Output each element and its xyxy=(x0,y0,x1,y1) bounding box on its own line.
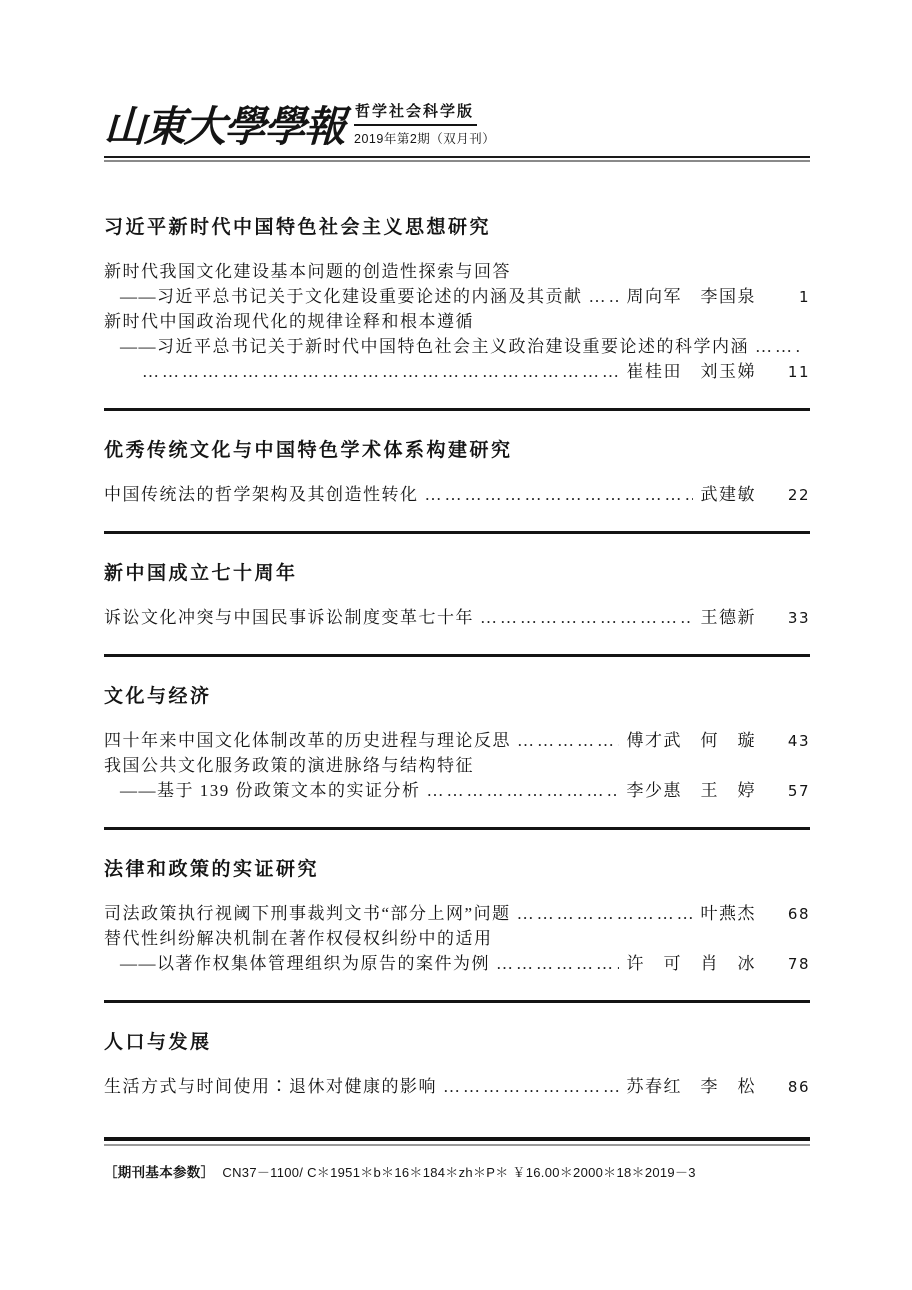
toc-line: 替代性纠纷解决机制在著作权侵权纠纷中的适用 xyxy=(104,926,810,951)
toc-leader-dots: …………………………………………………………………………………………………………… xyxy=(517,901,693,926)
toc-section: 优秀传统文化与中国特色学术体系构建研究中国传统法的哲学架构及其创造性转化…………… xyxy=(104,408,810,531)
toc-leader-dots: …………………………………………………………………………………………………………… xyxy=(589,284,619,309)
toc-section: 文化与经济四十年来中国文化体制改革的历史进程与理论反思…………………………………… xyxy=(104,654,810,827)
toc-entry-page: 33 xyxy=(784,606,810,631)
toc-entry-authors: 傅才武 何 璇 xyxy=(627,728,757,753)
section-heading: 习近平新时代中国特色社会主义思想研究 xyxy=(104,212,810,239)
journal-params: ［期刊基本参数］CN37－1100/ C＊1951＊b＊16＊184＊zh＊P＊… xyxy=(104,1161,810,1181)
toc-entry-page: 86 xyxy=(784,1075,810,1100)
toc-section: 新中国成立七十周年诉讼文化冲突与中国民事诉讼制度变革七十年……………………………… xyxy=(104,531,810,654)
toc-entry-title: 新时代我国文化建设基本问题的创造性探索与回答 xyxy=(104,259,511,284)
journal-toc-page: 山東大學學報 哲学社会科学版 2019年第2期（双月刊） 习近平新时代中国特色社… xyxy=(0,0,912,1290)
journal-footer: ［期刊基本参数］CN37－1100/ C＊1951＊b＊16＊184＊zh＊P＊… xyxy=(104,1137,810,1181)
toc-line: 诉讼文化冲突与中国民事诉讼制度变革七十年……………………………………………………… xyxy=(104,605,810,630)
section-heading: 优秀传统文化与中国特色学术体系构建研究 xyxy=(104,435,810,462)
issue-label: 2019年第2期（双月刊） xyxy=(354,129,495,147)
toc-entry-page: 57 xyxy=(784,779,810,804)
toc-entry-authors: 崔桂田 刘玉娣 xyxy=(627,359,757,384)
toc-entry-title: ——习近平总书记关于新时代中国特色社会主义政治建设重要论述的科学内涵 xyxy=(120,334,749,359)
footer-rule-thick xyxy=(104,1137,810,1141)
toc-entry-authors: 周向军 李国泉 xyxy=(627,284,757,309)
journal-header: 山東大學學報 哲学社会科学版 2019年第2期（双月刊） xyxy=(104,0,810,150)
toc-entry-title: ——基于 139 份政策文本的实证分析 xyxy=(120,778,421,803)
journal-header-sub: 哲学社会科学版 2019年第2期（双月刊） xyxy=(354,100,495,150)
page-content: 山東大學學報 哲学社会科学版 2019年第2期（双月刊） 习近平新时代中国特色社… xyxy=(0,0,912,1181)
toc-leader-dots: …………………………………………………………………………………………………………… xyxy=(142,359,619,384)
toc-entry-page: 11 xyxy=(784,360,810,385)
toc-leader-dots: …………………………………………………………………………………………………………… xyxy=(480,605,693,630)
toc-entry-page: 1 xyxy=(784,285,810,310)
toc-entry-authors: 许 可 肖 冰 xyxy=(627,951,757,976)
toc-entry-title: 我国公共文化服务政策的演进脉络与结构特征 xyxy=(104,753,474,778)
toc-leader-dots: …………………………………………………………………………………………………………… xyxy=(427,778,619,803)
toc-line: ——习近平总书记关于文化建设重要论述的内涵及其贡献………………………………………… xyxy=(104,284,810,309)
toc-sections: 习近平新时代中国特色社会主义思想研究新时代我国文化建设基本问题的创造性探索与回答… xyxy=(104,162,810,1123)
toc-entry-page: 68 xyxy=(784,902,810,927)
toc-entry-title: 诉讼文化冲突与中国民事诉讼制度变革七十年 xyxy=(104,605,474,630)
toc-leader-dots: …………………………………………………………………………………………………………… xyxy=(755,334,802,359)
toc-entry-title: 新时代中国政治现代化的规律诠释和根本遵循 xyxy=(104,309,474,334)
section-heading: 法律和政策的实证研究 xyxy=(104,854,810,881)
toc-line: 新时代中国政治现代化的规律诠释和根本遵循 xyxy=(104,309,810,334)
toc-line: 中国传统法的哲学架构及其创造性转化……………………………………………………………… xyxy=(104,482,810,507)
header-rule-top xyxy=(104,156,810,158)
journal-logo: 山東大學學報 xyxy=(103,104,345,150)
toc-leader-dots: …………………………………………………………………………………………………………… xyxy=(425,482,693,507)
toc-entry-page: 22 xyxy=(784,483,810,508)
section-heading: 人口与发展 xyxy=(104,1027,810,1054)
journal-params-text: CN37－1100/ C＊1951＊b＊16＊184＊zh＊P＊ ￥16.00＊… xyxy=(222,1165,695,1180)
toc-entry-title: 生活方式与时间使用∶退休对健康的影响 xyxy=(104,1074,437,1099)
toc-entry-authors: 武建敏 xyxy=(701,482,757,507)
toc-line: 四十年来中国文化体制改革的历史进程与理论反思………………………………………………… xyxy=(104,728,810,753)
toc-leader-dots: …………………………………………………………………………………………………………… xyxy=(496,951,619,976)
toc-leader-dots: …………………………………………………………………………………………………………… xyxy=(443,1074,619,1099)
toc-line: ——以著作权集体管理组织为原告的案件为例……………………………………………………… xyxy=(104,951,810,976)
toc-line: 新时代我国文化建设基本问题的创造性探索与回答 xyxy=(104,259,810,284)
footer-rule-thin xyxy=(104,1144,810,1146)
section-heading: 新中国成立七十周年 xyxy=(104,558,810,585)
toc-entry-authors: 王德新 xyxy=(701,605,757,630)
toc-line: 我国公共文化服务政策的演进脉络与结构特征 xyxy=(104,753,810,778)
journal-params-label: ［期刊基本参数］ xyxy=(104,1165,214,1180)
toc-line: ——习近平总书记关于新时代中国特色社会主义政治建设重要论述的科学内涵………………… xyxy=(104,334,810,359)
toc-line: 司法政策执行视阈下刑事裁判文书“部分上网”问题……………………………………………… xyxy=(104,901,810,926)
toc-line: 生活方式与时间使用∶退休对健康的影响…………………………………………………………… xyxy=(104,1074,810,1099)
section-heading: 文化与经济 xyxy=(104,681,810,708)
edition-label: 哲学社会科学版 xyxy=(354,100,477,126)
toc-entry-authors: 叶燕杰 xyxy=(701,901,757,926)
toc-entry-title: 四十年来中国文化体制改革的历史进程与理论反思 xyxy=(104,728,511,753)
toc-entry-authors: 苏春红 李 松 xyxy=(627,1074,757,1099)
toc-line: …………………………………………………………………………………………………………… xyxy=(104,359,810,384)
toc-section: 习近平新时代中国特色社会主义思想研究新时代我国文化建设基本问题的创造性探索与回答… xyxy=(104,162,810,408)
toc-entry-title: 司法政策执行视阈下刑事裁判文书“部分上网”问题 xyxy=(104,901,511,926)
toc-entry-page: 43 xyxy=(784,729,810,754)
toc-section: 法律和政策的实证研究司法政策执行视阈下刑事裁判文书“部分上网”问题…………………… xyxy=(104,827,810,1000)
toc-entry-page: 78 xyxy=(784,952,810,977)
toc-entry-title: ——以著作权集体管理组织为原告的案件为例 xyxy=(120,951,490,976)
toc-line: ——基于 139 份政策文本的实证分析………………………………………………………… xyxy=(104,778,810,803)
toc-entry-authors: 李少惠 王 婷 xyxy=(627,778,757,803)
toc-leader-dots: …………………………………………………………………………………………………………… xyxy=(517,728,619,753)
toc-entry-title: 中国传统法的哲学架构及其创造性转化 xyxy=(104,482,419,507)
toc-section: 人口与发展生活方式与时间使用∶退休对健康的影响……………………………………………… xyxy=(104,1000,810,1123)
toc-entry-title: ——习近平总书记关于文化建设重要论述的内涵及其贡献 xyxy=(120,284,583,309)
toc-entry-title: 替代性纠纷解决机制在著作权侵权纠纷中的适用 xyxy=(104,926,493,951)
